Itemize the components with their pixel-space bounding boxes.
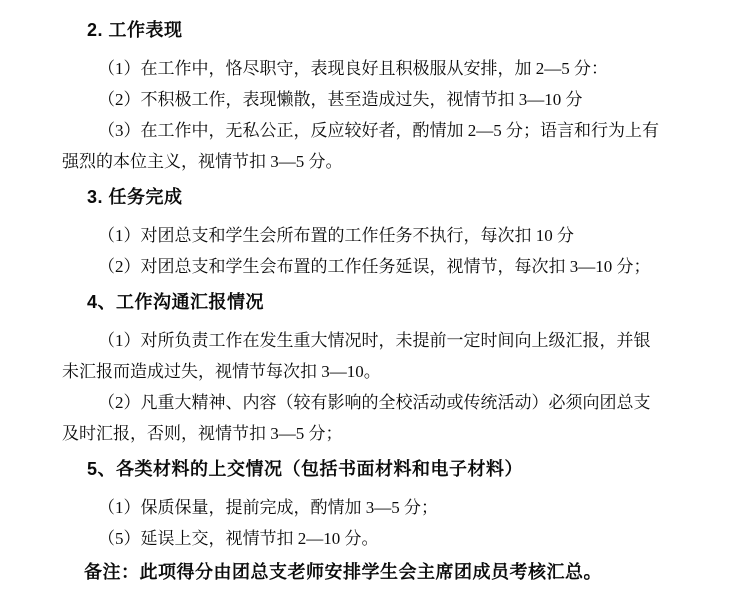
section-2-item-3-line-2: 强烈的本位主义，视情节扣 3—5 分。: [62, 146, 677, 177]
section-5-heading: 5、各类材料的上交情况（包括书面材料和电子材料）: [87, 454, 677, 485]
section-4-item-2-line-1: （2）凡重大精神、内容（较有影响的全校活动或传统活动）必须向团总支: [62, 387, 677, 418]
section-5-item-2: （5）延误上交，视情节扣 2—10 分。: [62, 523, 677, 554]
section-2-item-2: （2）不积极工作，表现懒散，甚至造成过失，视情节扣 3—10 分: [62, 84, 677, 115]
section-4-heading: 4、工作沟通汇报情况: [87, 287, 677, 318]
section-2-item-1: （1）在工作中，恪尽职守，表现良好且积极服从安排，加 2—5 分：: [62, 53, 677, 84]
section-3-item-1: （1）对团总支和学生会所布置的工作任务不执行，每次扣 10 分: [62, 220, 677, 251]
section-2-item-3-line-1: （3）在工作中，无私公正，反应较好者，酌情加 2—5 分；语言和行为上有: [62, 115, 677, 146]
section-4-item-2-line-2: 及时汇报，否则，视情节扣 3—5 分；: [62, 418, 677, 449]
note-line: 备注：此项得分由团总支老师安排学生会主席团成员考核汇总。: [84, 557, 677, 588]
section-5-item-1: （1）保质保量，提前完成，酌情加 3—5 分；: [62, 492, 677, 523]
section-3-item-2: （2）对团总支和学生会布置的工作任务延误，视情节，每次扣 3—10 分；: [62, 251, 677, 282]
section-2-heading: 2. 工作表现: [87, 15, 677, 46]
document-page: 2. 工作表现 （1）在工作中，恪尽职守，表现良好且积极服从安排，加 2—5 分…: [0, 0, 735, 592]
section-4-item-1-line-1: （1）对所负责工作在发生重大情况时，未提前一定时间向上级汇报，并银: [62, 325, 677, 356]
section-3-heading: 3. 任务完成: [87, 182, 677, 213]
section-4-item-1-line-2: 未汇报而造成过失，视情节每次扣 3—10。: [62, 356, 677, 387]
